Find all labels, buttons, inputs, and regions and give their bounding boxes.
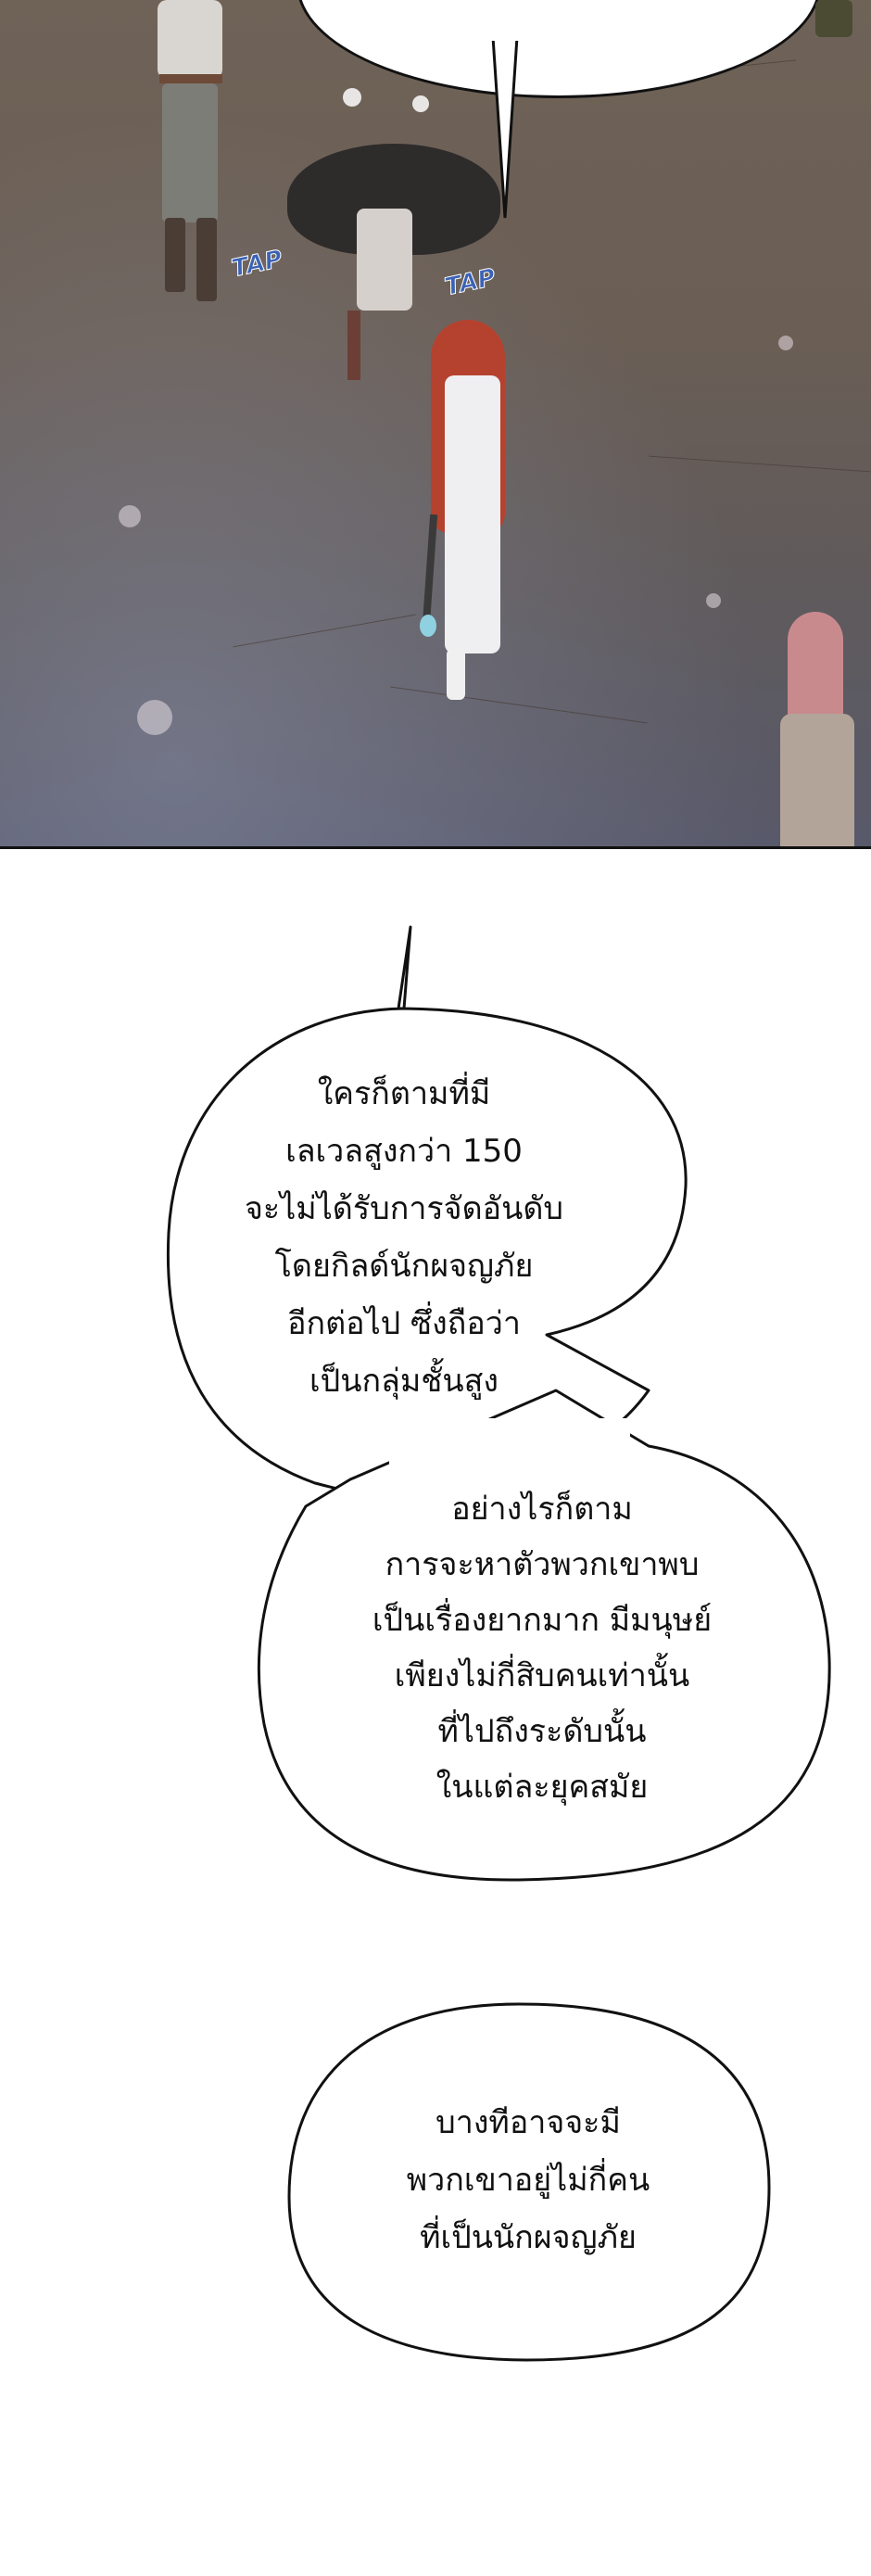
bubble-text-line: ใครก็ตามที่มี <box>318 1068 491 1118</box>
bubble-text-line: เป็นเรื่องยากมาก มีมนุษย์ <box>372 1594 712 1644</box>
bubble-text-line: เป็นกลุ่มชั้นสูง <box>309 1355 499 1405</box>
bubble-text-line: การจะหาตัวพวกเขาพบ <box>385 1539 700 1589</box>
bubble-text-line: จะไม่ได้รับการจัดอันดับ <box>245 1183 563 1233</box>
bubble-text-line: บางทีอาจจะมี <box>435 2097 621 2147</box>
bubble-text-line: ที่ไปถึงระดับนั้น <box>438 1706 647 1756</box>
bubble-text-line: อย่างไรก็ตาม <box>451 1483 633 1533</box>
bubble-text-line: เลเวลสูงกว่า 150 <box>285 1125 523 1175</box>
bubble-text-line: โดยกิลด์นักผจญภัย <box>275 1240 534 1290</box>
bubble-text-line: เพียงไม่กี่สิบคนเท่านั้น <box>395 1650 690 1700</box>
bubble-text-line: อีกต่อไป ซึ่งถือว่า <box>287 1298 521 1348</box>
bubble-text-line: พวกเขาอยู่ไม่กี่คน <box>407 2154 650 2204</box>
bubble-text-line: ที่เป็นนักผจญภัย <box>420 2212 637 2262</box>
bubble-text-line: ในแต่ละยุคสมัย <box>436 1761 649 1811</box>
